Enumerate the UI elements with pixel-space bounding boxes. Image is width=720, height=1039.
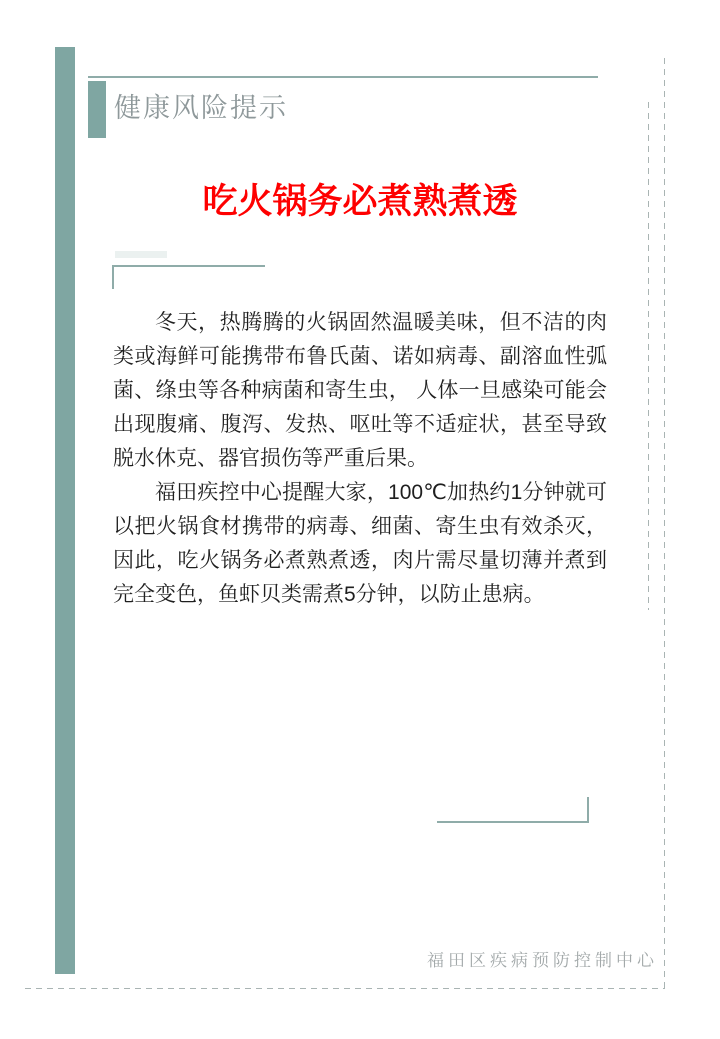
footer-organization-name: 福田区疾病预防控制中心 xyxy=(380,948,658,974)
text-block-corner-top-left xyxy=(112,265,265,289)
decorative-faint-bar xyxy=(115,251,167,258)
document-page: 健康风险提示 吃火锅务必煮熟煮透 冬天，热腾腾的火锅固然温暖美味，但不洁的肉类或… xyxy=(0,0,720,1039)
body-paragraph: 冬天，热腾腾的火锅固然温暖美味，但不洁的肉类或海鲜可能携带布鲁氏菌、诺如病毒、副… xyxy=(113,306,607,476)
dashed-guide-horizontal-bottom xyxy=(25,988,665,989)
dashed-guide-vertical-outer xyxy=(664,58,665,988)
text-block-corner-bottom-right xyxy=(437,797,589,823)
body-paragraph: 福田疾控中心提醒大家，100℃加热约1分钟就可以把火锅食材携带的病毒、细菌、寄生… xyxy=(113,476,607,612)
left-accent-bar xyxy=(55,47,75,974)
body-text: 冬天，热腾腾的火锅固然温暖美味，但不洁的肉类或海鲜可能携带布鲁氏菌、诺如病毒、副… xyxy=(113,306,607,612)
dashed-guide-vertical-inner xyxy=(648,102,649,610)
header-accent-square xyxy=(88,81,106,138)
header-top-rule xyxy=(88,76,598,78)
header-label: 健康风险提示 xyxy=(114,88,288,128)
page-title: 吃火锅务必煮熟煮透 xyxy=(113,174,607,224)
